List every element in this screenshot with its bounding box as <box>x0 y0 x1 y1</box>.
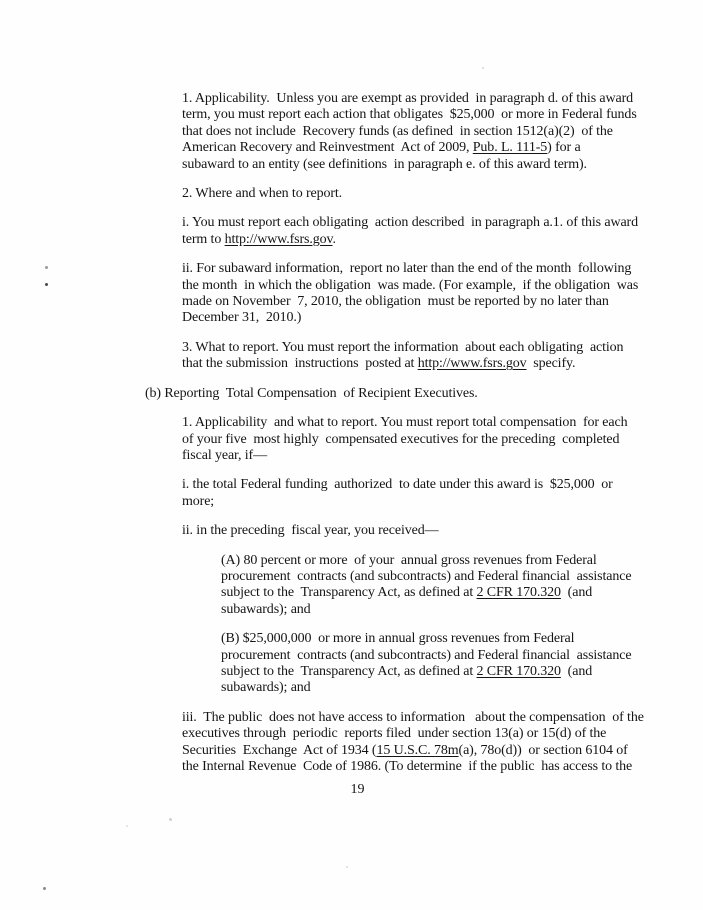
text-segment: December 31, 2010.) <box>182 310 301 325</box>
text-segment: (and <box>561 664 592 679</box>
text-line: subject to the Transparency Act, as defi… <box>221 585 685 601</box>
text-segment: 2. Where and when to report. <box>182 186 342 201</box>
text-segment: American Recovery and Reinvestment Act o… <box>182 140 473 155</box>
text-line: term, you must report each action that o… <box>182 107 685 123</box>
text-line: of your five most highly compensated exe… <box>182 432 685 448</box>
scan-speck <box>45 283 48 286</box>
text-line: subaward to an entity (see definitions i… <box>182 157 685 173</box>
document-body: 1. Applicability. Unless you are exempt … <box>145 91 685 788</box>
hyperlink-reference[interactable]: 2 CFR 170.320 <box>477 664 561 679</box>
text-line: fiscal year, if— <box>182 448 685 464</box>
scan-speck <box>126 825 128 827</box>
text-segment: (b) Reporting Total Compensation of Reci… <box>145 386 478 401</box>
text-line: subawards); and <box>221 602 685 618</box>
text-line: Securities Exchange Act of 1934 (15 U.S.… <box>182 743 685 759</box>
text-segment: ) for a <box>547 140 580 155</box>
text-segment: executives through periodic reports file… <box>182 726 606 741</box>
text-line: procurement contracts (and subcontracts)… <box>221 569 685 585</box>
scan-speck <box>45 266 48 269</box>
hyperlink-reference[interactable]: http://www.fsrs.gov <box>418 356 527 371</box>
text-segment: 1. Applicability. Unless you are exempt … <box>182 91 633 106</box>
text-line: the Internal Revenue Code of 1986. (To d… <box>182 759 685 775</box>
text-line: 1. Applicability and what to report. You… <box>182 415 685 431</box>
text-segment: term to <box>182 232 225 247</box>
text-line: 2. Where and when to report. <box>182 186 685 202</box>
text-segment: subject to the Transparency Act, as defi… <box>221 585 477 600</box>
text-segment: (B) $25,000,000 or more in annual gross … <box>221 631 574 646</box>
text-segment: iii. The public does not have access to … <box>182 710 644 725</box>
paragraph: (b) Reporting Total Compensation of Reci… <box>145 386 685 402</box>
paragraph: i. You must report each obligating actio… <box>182 215 685 248</box>
text-segment: ii. For subaward information, report no … <box>182 261 631 276</box>
hyperlink-reference[interactable]: http://www.fsrs.gov <box>225 232 333 247</box>
text-segment: (and <box>561 585 592 600</box>
text-segment: the Internal Revenue Code of 1986. (To d… <box>182 759 632 774</box>
text-line: 3. What to report. You must report the i… <box>182 340 685 356</box>
paragraph: 1. Applicability and what to report. You… <box>182 415 685 464</box>
text-segment: that does not include Recovery funds (as… <box>182 124 613 139</box>
text-segment: subawards); and <box>221 680 311 695</box>
paragraph: 3. What to report. You must report the i… <box>182 340 685 373</box>
text-segment: 1. Applicability and what to report. You… <box>182 415 627 430</box>
text-line: (A) 80 percent or more of your annual gr… <box>221 553 685 569</box>
text-segment: . <box>333 232 336 247</box>
hyperlink-reference[interactable]: 15 U.S.C. 78m <box>376 743 458 758</box>
paragraph: iii. The public does not have access to … <box>182 710 685 776</box>
hyperlink-reference[interactable]: Pub. L. 111-5 <box>473 140 547 155</box>
text-segment: the month in which the obligation was ma… <box>182 278 638 293</box>
text-segment: ii. in the preceding fiscal year, you re… <box>182 523 438 538</box>
paragraph: i. the total Federal funding authorized … <box>182 477 685 510</box>
text-line: that the submission instructions posted … <box>182 356 685 372</box>
text-segment: of your five most highly compensated exe… <box>182 432 619 447</box>
scanned-document-page: 1. Applicability. Unless you are exempt … <box>0 0 703 910</box>
text-segment: fiscal year, if— <box>182 448 267 463</box>
paragraph: (B) $25,000,000 or more in annual gross … <box>221 631 685 697</box>
text-segment: subawards); and <box>221 602 311 617</box>
scan-speck <box>169 818 172 821</box>
text-line: American Recovery and Reinvestment Act o… <box>182 140 685 156</box>
paragraph: (A) 80 percent or more of your annual gr… <box>221 553 685 619</box>
paragraph: ii. For subaward information, report no … <box>182 261 685 327</box>
text-line: procurement contracts (and subcontracts)… <box>221 648 685 664</box>
text-line: the month in which the obligation was ma… <box>182 278 685 294</box>
paragraph: ii. in the preceding fiscal year, you re… <box>182 523 685 539</box>
text-segment: specify. <box>527 356 576 371</box>
text-line: 1. Applicability. Unless you are exempt … <box>182 91 685 107</box>
text-segment: i. You must report each obligating actio… <box>182 215 638 230</box>
text-line: that does not include Recovery funds (as… <box>182 124 685 140</box>
text-line: executives through periodic reports file… <box>182 726 685 742</box>
text-segment: (a), 78o(d)) or section 6104 of <box>459 743 628 758</box>
paragraph: 2. Where and when to report. <box>182 186 685 202</box>
text-segment: 3. What to report. You must report the i… <box>182 340 623 355</box>
text-segment: term, you must report each action that o… <box>182 107 637 122</box>
text-line: made on November 7, 2010, the obligation… <box>182 294 685 310</box>
scan-speck <box>43 887 46 890</box>
text-line: term to http://www.fsrs.gov. <box>182 232 685 248</box>
page-number: 19 <box>6 782 703 798</box>
text-line: ii. in the preceding fiscal year, you re… <box>182 523 685 539</box>
text-line: i. the total Federal funding authorized … <box>182 477 685 493</box>
text-line: subject to the Transparency Act, as defi… <box>221 664 685 680</box>
text-segment: subaward to an entity (see definitions i… <box>182 157 587 172</box>
scan-speck <box>482 67 484 69</box>
hyperlink-reference[interactable]: 2 CFR 170.320 <box>477 585 561 600</box>
text-segment: more; <box>182 494 214 509</box>
text-segment: made on November 7, 2010, the obligation… <box>182 294 609 309</box>
text-segment: procurement contracts (and subcontracts)… <box>221 648 631 663</box>
text-line: more; <box>182 494 685 510</box>
text-line: (b) Reporting Total Compensation of Reci… <box>145 386 685 402</box>
scan-speck <box>346 866 348 868</box>
paragraph: 1. Applicability. Unless you are exempt … <box>182 91 685 173</box>
text-segment: that the submission instructions posted … <box>182 356 418 371</box>
text-segment: (A) 80 percent or more of your annual gr… <box>221 553 597 568</box>
text-line: iii. The public does not have access to … <box>182 710 685 726</box>
text-line: December 31, 2010.) <box>182 310 685 326</box>
text-segment: Securities Exchange Act of 1934 ( <box>182 743 376 758</box>
text-line: ii. For subaward information, report no … <box>182 261 685 277</box>
text-segment: procurement contracts (and subcontracts)… <box>221 569 631 584</box>
text-line: i. You must report each obligating actio… <box>182 215 685 231</box>
text-line: subawards); and <box>221 680 685 696</box>
text-line: (B) $25,000,000 or more in annual gross … <box>221 631 685 647</box>
text-segment: i. the total Federal funding authorized … <box>182 477 613 492</box>
text-segment: subject to the Transparency Act, as defi… <box>221 664 477 679</box>
